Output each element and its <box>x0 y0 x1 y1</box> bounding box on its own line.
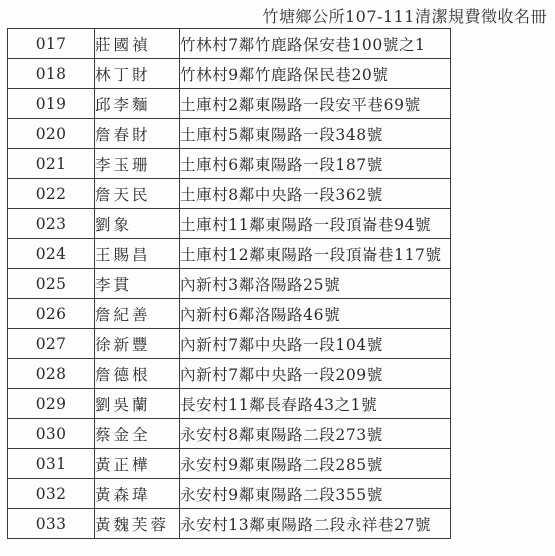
resident-name-cell: 黃魏芙蓉 <box>95 509 180 539</box>
address-cell: 竹林村7鄰竹鹿路保安巷100號之1 <box>180 29 451 59</box>
fee-register-table: 017莊國禎竹林村7鄰竹鹿路保安巷100號之1018林丁財竹林村9鄰竹鹿路保民巷… <box>7 28 451 539</box>
table-row: 027徐新豐內新村7鄰中央路一段104號 <box>8 329 451 359</box>
row-number-cell: 026 <box>8 299 95 329</box>
row-number-cell: 030 <box>8 419 95 449</box>
resident-name-cell: 蔡金全 <box>95 419 180 449</box>
address-cell: 竹林村9鄰竹鹿路保民巷20號 <box>180 59 451 89</box>
row-number-cell: 027 <box>8 329 95 359</box>
resident-name-cell: 李貫 <box>95 269 180 299</box>
address-cell: 土庫村2鄰東陽路一段安平巷69號 <box>180 89 451 119</box>
table-row: 024王賜昌土庫村12鄰東陽路一段頂崙巷117號 <box>8 239 451 269</box>
address-cell: 內新村3鄰洛陽路25號 <box>180 269 451 299</box>
address-cell: 內新村6鄰洛陽路46號 <box>180 299 451 329</box>
table-row: 031黃正樺永安村9鄰東陽路二段285號 <box>8 449 451 479</box>
row-number-cell: 020 <box>8 119 95 149</box>
resident-name-cell: 黃正樺 <box>95 449 180 479</box>
address-cell: 永安村13鄰東陽路二段永祥巷27號 <box>180 509 451 539</box>
resident-name-cell: 邱李麵 <box>95 89 180 119</box>
resident-name-cell: 詹天民 <box>95 179 180 209</box>
address-cell: 土庫村5鄰東陽路一段348號 <box>180 119 451 149</box>
address-cell: 土庫村11鄰東陽路一段頂崙巷94號 <box>180 209 451 239</box>
row-number-cell: 025 <box>8 269 95 299</box>
resident-name-cell: 詹德根 <box>95 359 180 389</box>
address-cell: 土庫村6鄰東陽路一段187號 <box>180 149 451 179</box>
address-cell: 長安村11鄰長春路43之1號 <box>180 389 451 419</box>
document-title: 竹塘鄉公所107-111清潔規費徵收名冊 <box>263 4 548 27</box>
table-row: 022詹天民土庫村8鄰中央路一段362號 <box>8 179 451 209</box>
row-number-cell: 022 <box>8 179 95 209</box>
resident-name-cell: 徐新豐 <box>95 329 180 359</box>
row-number-cell: 024 <box>8 239 95 269</box>
resident-name-cell: 李玉珊 <box>95 149 180 179</box>
table-row: 029劉吳蘭長安村11鄰長春路43之1號 <box>8 389 451 419</box>
address-cell: 永安村9鄰東陽路二段355號 <box>180 479 451 509</box>
table-row: 017莊國禎竹林村7鄰竹鹿路保安巷100號之1 <box>8 29 451 59</box>
table-row: 020詹春財土庫村5鄰東陽路一段348號 <box>8 119 451 149</box>
row-number-cell: 031 <box>8 449 95 479</box>
address-cell: 內新村7鄰中央路一段104號 <box>180 329 451 359</box>
table-row: 032黃森瑋永安村9鄰東陽路二段355號 <box>8 479 451 509</box>
table-row: 028詹德根內新村7鄰中央路一段209號 <box>8 359 451 389</box>
table-row: 018林丁財竹林村9鄰竹鹿路保民巷20號 <box>8 59 451 89</box>
address-cell: 土庫村12鄰東陽路一段頂崙巷117號 <box>180 239 451 269</box>
address-cell: 永安村8鄰東陽路二段273號 <box>180 419 451 449</box>
table-row: 025李貫內新村3鄰洛陽路25號 <box>8 269 451 299</box>
resident-name-cell: 王賜昌 <box>95 239 180 269</box>
resident-name-cell: 劉吳蘭 <box>95 389 180 419</box>
row-number-cell: 018 <box>8 59 95 89</box>
table-body: 017莊國禎竹林村7鄰竹鹿路保安巷100號之1018林丁財竹林村9鄰竹鹿路保民巷… <box>8 29 451 539</box>
address-cell: 永安村9鄰東陽路二段285號 <box>180 449 451 479</box>
table-row: 023劉象土庫村11鄰東陽路一段頂崙巷94號 <box>8 209 451 239</box>
resident-name-cell: 詹春財 <box>95 119 180 149</box>
row-number-cell: 032 <box>8 479 95 509</box>
row-number-cell: 028 <box>8 359 95 389</box>
table-row: 033黃魏芙蓉永安村13鄰東陽路二段永祥巷27號 <box>8 509 451 539</box>
resident-name-cell: 詹紀善 <box>95 299 180 329</box>
resident-name-cell: 劉象 <box>95 209 180 239</box>
table-row: 019邱李麵土庫村2鄰東陽路一段安平巷69號 <box>8 89 451 119</box>
resident-name-cell: 黃森瑋 <box>95 479 180 509</box>
table-row: 030蔡金全永安村8鄰東陽路二段273號 <box>8 419 451 449</box>
table-row: 021李玉珊土庫村6鄰東陽路一段187號 <box>8 149 451 179</box>
address-cell: 內新村7鄰中央路一段209號 <box>180 359 451 389</box>
row-number-cell: 021 <box>8 149 95 179</box>
row-number-cell: 033 <box>8 509 95 539</box>
table-row: 026詹紀善內新村6鄰洛陽路46號 <box>8 299 451 329</box>
resident-name-cell: 莊國禎 <box>95 29 180 59</box>
row-number-cell: 017 <box>8 29 95 59</box>
row-number-cell: 023 <box>8 209 95 239</box>
row-number-cell: 029 <box>8 389 95 419</box>
row-number-cell: 019 <box>8 89 95 119</box>
resident-name-cell: 林丁財 <box>95 59 180 89</box>
address-cell: 土庫村8鄰中央路一段362號 <box>180 179 451 209</box>
